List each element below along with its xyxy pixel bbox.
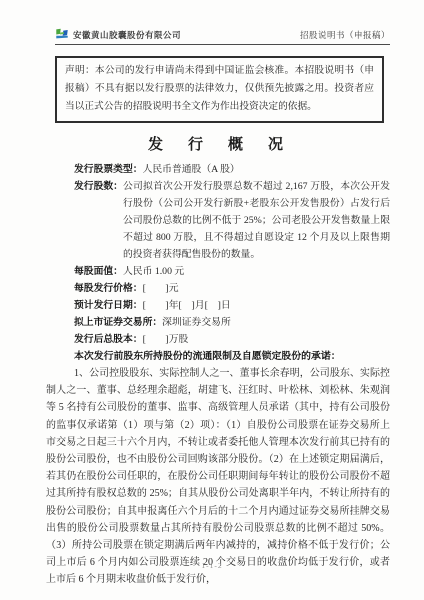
field-value: [ ]元 <box>143 280 390 297</box>
field-par-value: 每股面值： 人民币 1.00 元 <box>74 263 390 280</box>
field-stock-exchange: 拟上市证券交易所： 深圳证券交易所 <box>74 314 390 331</box>
field-value: [ ]万股 <box>143 331 390 348</box>
field-value: 人民币普通股（A 股） <box>143 161 390 178</box>
page-number: 1-1-2 <box>0 561 424 570</box>
lockup-commitments-heading: 本次发行前股东所持股份的流通限制及自愿锁定股份的承诺： <box>74 348 390 365</box>
header-left: 安徽黄山胶囊股份有限公司 <box>55 28 181 41</box>
field-issue-price: 每股发行价格： [ ]元 <box>74 280 390 297</box>
field-share-type: 发行股票类型： 人民币普通股（A 股） <box>74 161 390 178</box>
declaration-box: 声明：本公司的发行申请尚未得到中国证监会核准。本招股说明书（申报稿）不具有据以发… <box>55 56 384 123</box>
lockup-commitments-paragraph: 1、公司控股股东、实际控制人之一、董事长余春明，公司股东、实际控制人之一、董事、… <box>46 365 390 589</box>
field-label: 拟上市证券交易所： <box>74 314 162 331</box>
field-share-count: 发行股数： 公司拟首次公开发行股票总数不超过 2,167 万股，本次公开发行股份… <box>74 178 390 263</box>
field-value: 公司拟首次公开发行股票总数不超过 2,167 万股，本次公开发行股份（公司公开发… <box>123 178 390 263</box>
field-value: 人民币 1.00 元 <box>123 263 390 280</box>
field-label: 发行股票类型： <box>74 161 143 178</box>
field-value: [ ]年[ ]月[ ]日 <box>143 297 390 314</box>
field-label: 发行后总股本： <box>74 331 143 348</box>
prospectus-page: 安徽黄山胶囊股份有限公司 招股说明书（申报稿） 声明：本公司的发行申请尚未得到中… <box>0 0 424 600</box>
company-name: 安徽黄山胶囊股份有限公司 <box>73 29 181 41</box>
field-label: 每股发行价格： <box>74 280 143 297</box>
page-title: 发 行 概 况 <box>46 133 390 154</box>
field-issue-date: 预计发行日期： [ ]年[ ]月[ ]日 <box>74 297 390 314</box>
document-type-label: 招股说明书（申报稿） <box>300 29 390 41</box>
field-value: 深圳证券交易所 <box>162 314 390 331</box>
field-label: 每股面值： <box>74 263 123 280</box>
field-total-shares-after: 发行后总股本： [ ]万股 <box>74 331 390 348</box>
company-logo-icon <box>55 28 69 41</box>
field-label: 发行股数： <box>74 178 123 263</box>
field-label: 预计发行日期： <box>74 297 143 314</box>
issue-overview-fields: 发行股票类型： 人民币普通股（A 股） 发行股数： 公司拟首次公开发行股票总数不… <box>74 161 390 348</box>
page-header: 安徽黄山胶囊股份有限公司 招股说明书（申报稿） <box>55 28 390 45</box>
